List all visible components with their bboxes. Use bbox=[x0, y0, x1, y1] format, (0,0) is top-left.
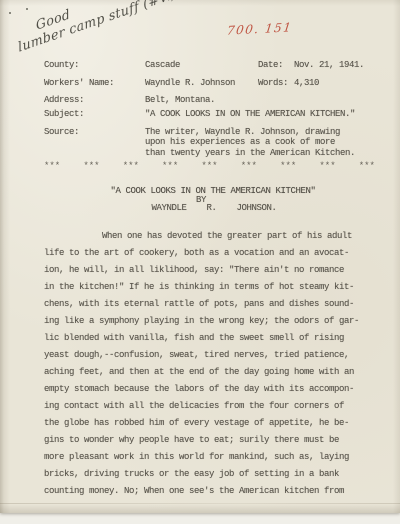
typed-line: bricks, driving trucks or the easy job o… bbox=[44, 466, 359, 483]
author-name: WAYNDLE R. JOHNSON. bbox=[14, 203, 400, 213]
typed-line: yeast dough,--confusion, sweat, tired ne… bbox=[44, 347, 359, 364]
typed-line: the globe has robbed him of every vestag… bbox=[44, 415, 359, 432]
asterisk-group: *** bbox=[123, 161, 139, 171]
workers-name-value: Wayndle R. Johnson bbox=[145, 78, 235, 88]
typed-line: empty stomach because the labors of the … bbox=[44, 381, 359, 398]
typed-line: gins to wonder why people have to eat; s… bbox=[44, 432, 359, 449]
typed-line: When one has devoted the greater part of… bbox=[44, 228, 359, 245]
typed-line: in the kitchen!" If he is thinking in te… bbox=[44, 279, 359, 296]
date-label: Date: bbox=[258, 60, 283, 70]
paper-crease bbox=[0, 503, 400, 504]
typed-line: life to the art of cookery, both as a vo… bbox=[44, 245, 359, 262]
typed-line: aching feet, and then at the end of the … bbox=[44, 364, 359, 381]
words-value: 4,310 bbox=[294, 78, 319, 88]
asterisk-group: *** bbox=[201, 161, 217, 171]
source-line: upon his experiences as a cook of more bbox=[145, 137, 335, 147]
county-value: Cascade bbox=[145, 60, 180, 70]
subject-value: "A COOK LOOKS IN ON THE AMERICAN KITCHEN… bbox=[145, 109, 355, 119]
header-row-workers-name: Workers' Name: Wayndle R. Johnson Words:… bbox=[0, 78, 400, 90]
typed-line: chens, with its eternal rattle of pots, … bbox=[44, 296, 359, 313]
asterisk-group: *** bbox=[162, 161, 178, 171]
subject-label: Subject: bbox=[44, 109, 84, 119]
typed-line: ion, he will, in all liklihood, say: "Th… bbox=[44, 262, 359, 279]
header-row-address: Address: Belt, Montana. bbox=[0, 95, 400, 107]
asterisk-group: *** bbox=[319, 161, 335, 171]
county-label: County: bbox=[44, 60, 79, 70]
typed-line: more pleasant work in this world for man… bbox=[44, 449, 359, 466]
asterisk-group: *** bbox=[44, 161, 60, 171]
source-line: than twenty years in the American Kitche… bbox=[145, 148, 355, 158]
source-text: The writer, Wayndle R. Johnson, drawingu… bbox=[145, 127, 355, 158]
paper-speck bbox=[26, 8, 28, 10]
typed-line: ing contact with all the delicacies from… bbox=[44, 398, 359, 415]
scan-background: Good lumber camp stuff (#V.) 700. 151 Co… bbox=[0, 0, 400, 524]
typed-line: ing like a symphony playing in the wrong… bbox=[44, 313, 359, 330]
header-row-source: Source: The writer, Wayndle R. Johnson, … bbox=[0, 127, 400, 139]
asterisk-group: *** bbox=[241, 161, 257, 171]
paper-speck bbox=[9, 12, 11, 14]
source-label: Source: bbox=[44, 127, 79, 137]
date-value: Nov. 21, 1941. bbox=[294, 60, 364, 70]
document-page: Good lumber camp stuff (#V.) 700. 151 Co… bbox=[0, 0, 400, 513]
asterisk-group: *** bbox=[280, 161, 296, 171]
body-paragraph: When one has devoted the greater part of… bbox=[44, 228, 359, 500]
address-label: Address: bbox=[44, 95, 84, 105]
asterisk-group: *** bbox=[83, 161, 99, 171]
typed-line: counting money. No; When one see's the A… bbox=[44, 483, 359, 500]
workers-name-label: Workers' Name: bbox=[44, 78, 114, 88]
address-value: Belt, Montana. bbox=[145, 95, 215, 105]
header-row-county: County: Cascade Date: Nov. 21, 1941. bbox=[0, 60, 400, 72]
words-label: Words: bbox=[258, 78, 288, 88]
typed-line: lic blended with vanilla, fish and the s… bbox=[44, 330, 359, 347]
source-line: The writer, Wayndle R. Johnson, drawing bbox=[145, 127, 340, 137]
asterisk-separator-row: *** *** *** *** *** *** *** *** *** bbox=[44, 161, 375, 171]
red-catalog-number: 700. 151 bbox=[226, 20, 293, 38]
header-row-subject: Subject: "A COOK LOOKS IN ON THE AMERICA… bbox=[0, 109, 400, 121]
asterisk-group: *** bbox=[359, 161, 375, 171]
pencil-annotation: Good lumber camp stuff (#V.) bbox=[14, 0, 218, 56]
